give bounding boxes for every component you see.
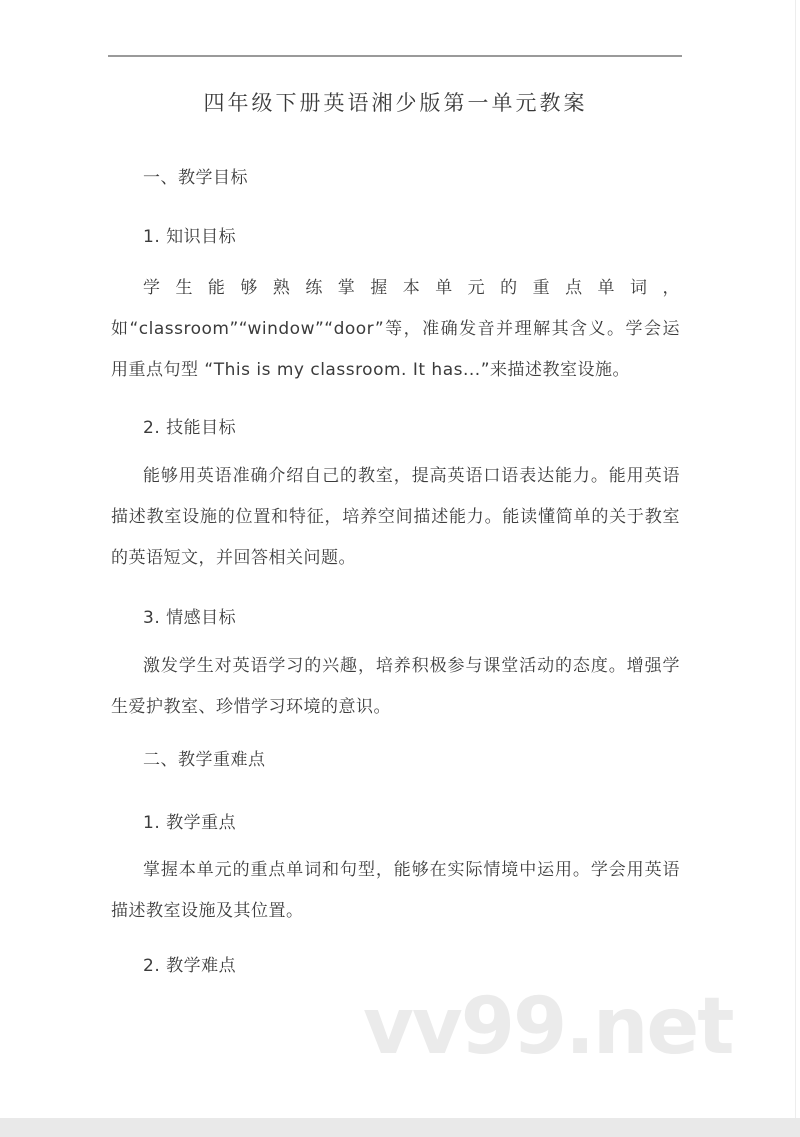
paragraph-knowledge-goal: 学生能够熟练掌握本单元的重点单词，如“classroom”“window”“do… [111,268,680,391]
paragraph-emotion-goal: 激发学生对英语学习的兴趣，培养积极参与课堂活动的态度。增强学生爱护教室、珍惜学习… [111,646,680,728]
header-rule [108,55,682,57]
subheading-skill-goal: 2. 技能目标 [111,408,680,449]
subheading-teaching-key-point: 1. 教学重点 [111,803,680,844]
subheading-teaching-difficult-point: 2. 教学难点 [111,946,680,987]
subheading-knowledge-goal: 1. 知识目标 [111,217,680,258]
site-watermark: vv99.net [363,988,733,1066]
section-heading-key-difficult-points: 二、教学重难点 [111,740,680,781]
document-page: 四年级下册英语湘少版第一单元教案 一、教学目标 1. 知识目标 学生能够熟练掌握… [0,0,800,1137]
page-edge-line [795,0,796,1118]
footer-strip [0,1118,800,1137]
paragraph-teaching-key-point: 掌握本单元的重点单词和句型，能够在实际情境中运用。学会用英语描述教室设施及其位置… [111,850,680,932]
subheading-emotion-goal: 3. 情感目标 [111,598,680,639]
section-heading-teaching-goals: 一、教学目标 [111,158,680,199]
document-title: 四年级下册英语湘少版第一单元教案 [111,90,680,116]
paragraph-skill-goal: 能够用英语准确介绍自己的教室，提高英语口语表达能力。能用英语描述教室设施的位置和… [111,456,680,579]
